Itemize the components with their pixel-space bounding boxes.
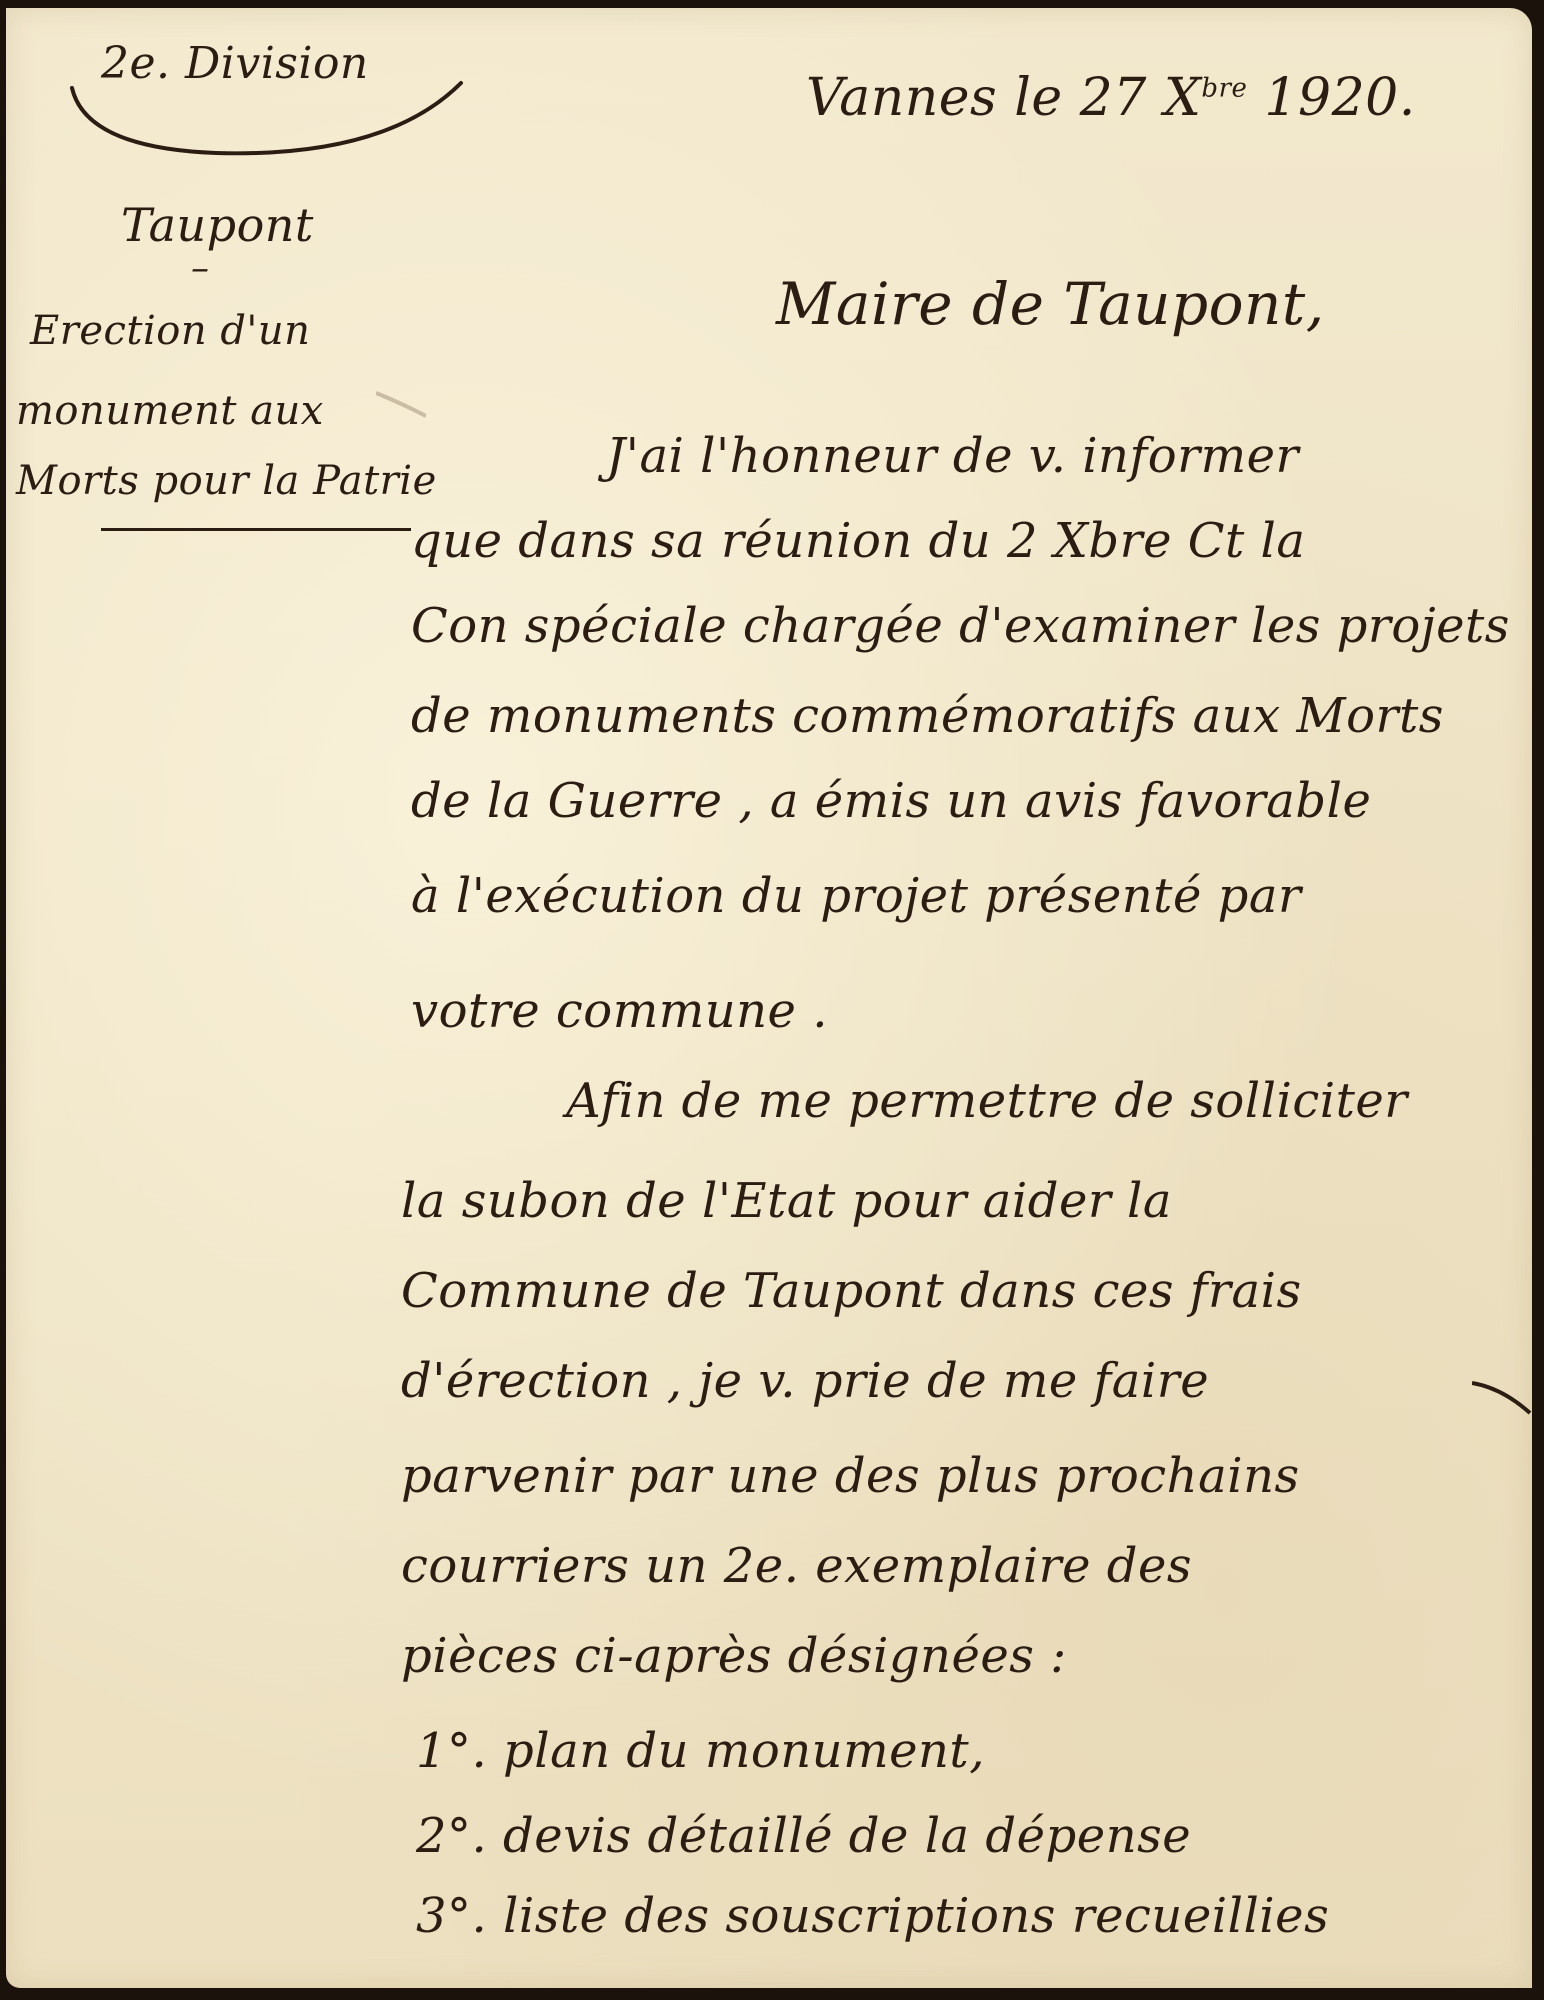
enclosure-item: 2°. devis détaillé de la dépense [416, 1808, 1191, 1864]
body-line: de monuments commémoratifs aux Morts [411, 688, 1444, 744]
body-line: Commune de Taupont dans ces frais [401, 1263, 1302, 1319]
body-line: d'érection , je v. prie de me faire [401, 1353, 1209, 1409]
margin-subject-3: Morts pour la Patrie [16, 458, 437, 504]
margin-subject-1: Erection d'un [30, 308, 310, 354]
body-line: pièces ci-après désignées : [401, 1628, 1067, 1684]
body-line: parvenir par une des plus prochains [401, 1448, 1300, 1504]
date-year: 1920. [1264, 68, 1415, 128]
division-underline-arc [66, 48, 466, 158]
body-line: Con spéciale chargée d'examiner les proj… [411, 598, 1510, 654]
body-line: que dans sa réunion du 2 Xbre Ct la [411, 513, 1306, 569]
enclosure-item: 1°. plan du monument, [416, 1723, 985, 1779]
date-month-sup: bre [1201, 74, 1247, 104]
letter-paper: 2e. Division Vannes le 27 Xbre 1920. Tau… [6, 8, 1532, 1988]
enclosure-item: 3°. liste des souscriptions recueillies [416, 1888, 1329, 1944]
ink-stroke-margin [1472, 1378, 1532, 1438]
margin-dash: – [191, 248, 210, 289]
letter-date: Vannes le 27 Xbre 1920. [806, 68, 1416, 128]
body-line: J'ai l'honneur de v. informer [606, 428, 1299, 484]
margin-commune: Taupont [121, 198, 314, 252]
body-line: de la Guerre , a émis un avis favorable [411, 773, 1371, 829]
salutation: Maire de Taupont, [776, 270, 1325, 338]
date-month: X [1164, 68, 1202, 128]
margin-rule [101, 528, 411, 531]
margin-subject-2: monument aux [16, 388, 324, 434]
body-line: courriers un 2e. exemplaire des [401, 1538, 1192, 1594]
date-place: Vannes le 27 [806, 68, 1147, 128]
body-line: la subon de l'Etat pour aider la [401, 1173, 1172, 1229]
fold-smudge [376, 388, 426, 418]
body-line: Afin de me permettre de solliciter [566, 1073, 1408, 1129]
body-line: à l'exécution du projet présenté par [411, 868, 1301, 924]
body-line: votre commune . [411, 983, 828, 1039]
